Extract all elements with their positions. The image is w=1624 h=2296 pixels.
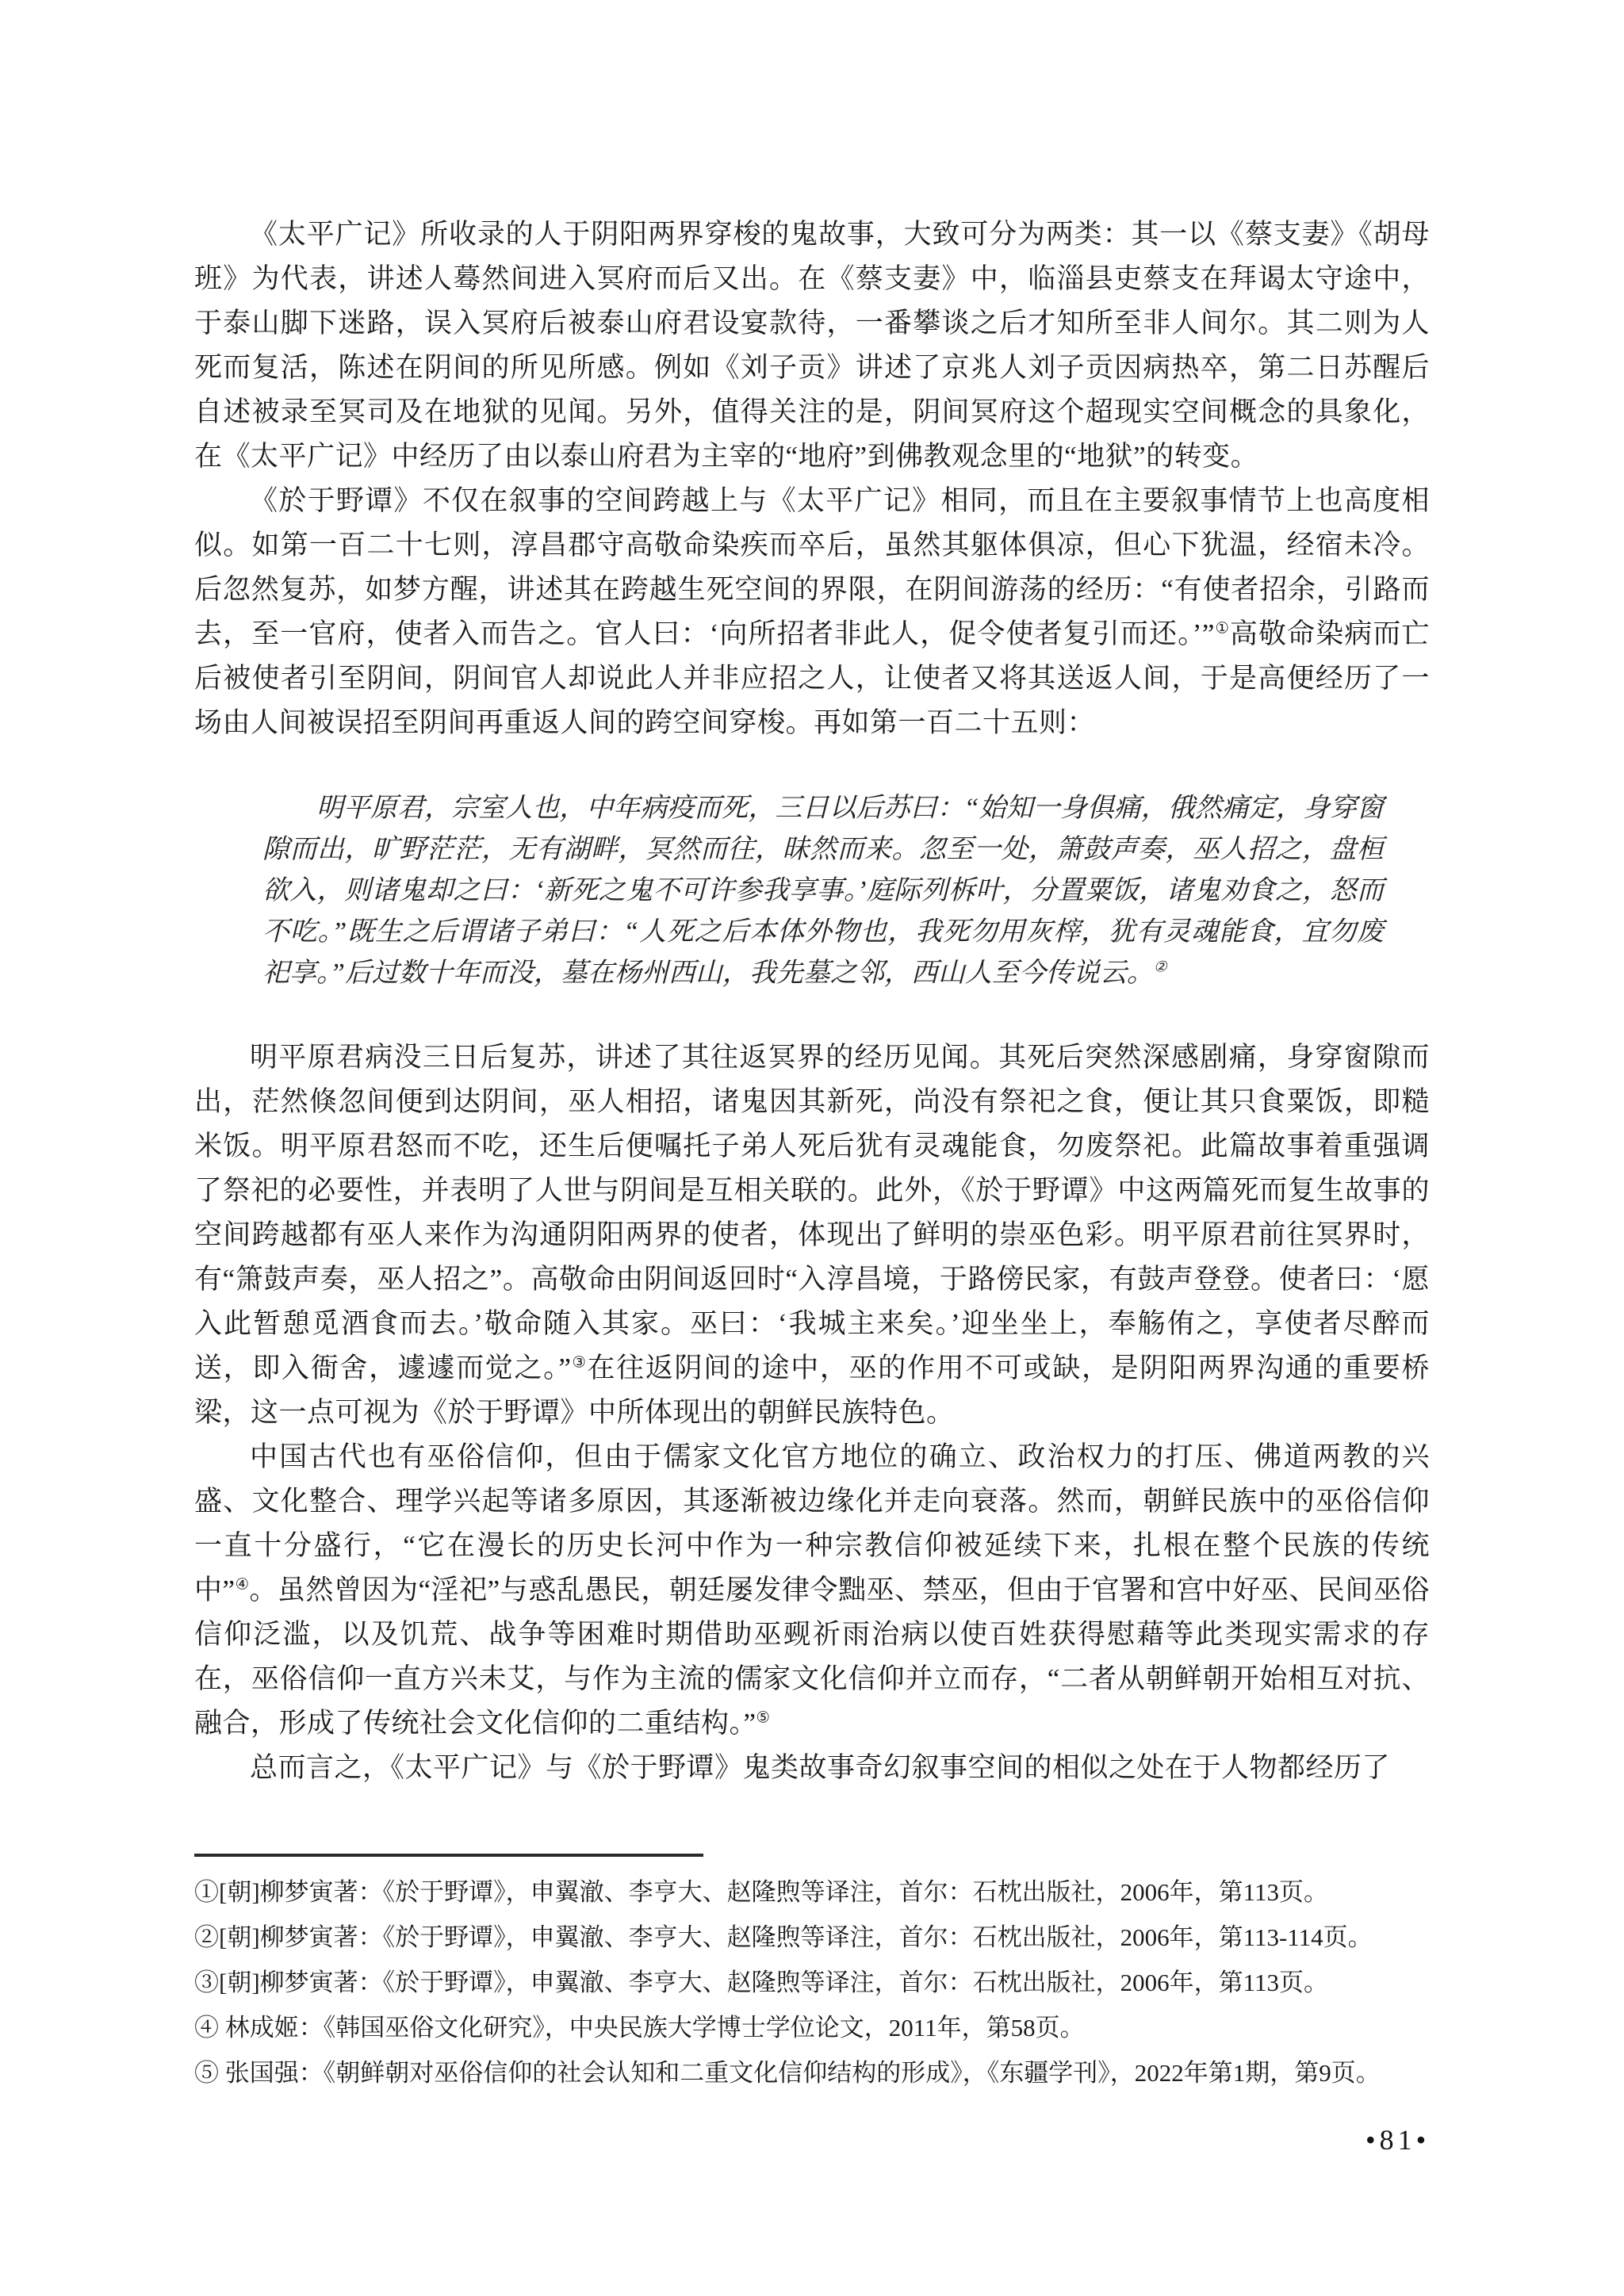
article-body: 《太平广记》所收录的人于阴阳两界穿梭的鬼故事，大致可分为两类：其一以《蔡支妻》《…: [194, 212, 1430, 1790]
footnote-2: ②[朝]柳梦寅著：《於于野谭》，申翼澈、李亨大、赵隆煦等译注，首尔：石枕出版社，…: [194, 1915, 1439, 1960]
text-run: 《太平广记》所收录的人于阴阳两界穿梭的鬼故事，大致可分为两类：其一以《蔡支妻》《…: [194, 219, 1430, 472]
footnotes-section: ①[朝]柳梦寅著：《於于野谭》，申翼澈、李亨大、赵隆煦等译注，首尔：石枕出版社，…: [194, 1854, 1439, 2095]
page-number: •81•: [1365, 2123, 1430, 2156]
footnote-marker: ①: [1215, 620, 1230, 637]
paper-page: 《太平广记》所收录的人于阴阳两界穿梭的鬼故事，大致可分为两类：其一以《蔡支妻》《…: [0, 0, 1624, 2296]
paragraph-shamanism-comparison: 中国古代也有巫俗信仰，但由于儒家文化官方地位的确立、政治权力的打压、佛道两教的兴…: [194, 1435, 1430, 1746]
text-run: 总而言之，《太平广记》与《於于野谭》鬼类故事奇幻叙事空间的相似之处在于人物都经历…: [250, 1752, 1390, 1783]
footnote-5: ⑤ 张国强：《朝鲜朝对巫俗信仰的社会认知和二重文化信仰结构的形成》，《东疆学刊》…: [194, 2050, 1439, 2095]
footnote-3: ③[朝]柳梦寅著：《於于野谭》，申翼澈、李亨大、赵隆煦等译注，首尔：石枕出版社，…: [194, 1960, 1439, 2005]
text-run: 。虽然曾因为“淫祀”与惑乱愚民，朝廷屡发律令黜巫、禁巫，但由于官署和宫中好巫、民…: [194, 1575, 1430, 1739]
paragraph-conclusion-start: 总而言之，《太平广记》与《於于野谭》鬼类故事奇幻叙事空间的相似之处在于人物都经历…: [194, 1746, 1430, 1790]
footnote-marker: ④: [236, 1576, 250, 1593]
block-quote-ming-pingyuan: 明平原君，宗室人也，中年病疫而死，三日以后苏曰：“始知一身俱痛，俄然痛定，身穿窗…: [262, 788, 1384, 994]
footnote-marker: ⑤: [756, 1709, 771, 1726]
text-run: 明平原君，宗室人也，中年病疫而死，三日以后苏曰：“始知一身俱痛，俄然痛定，身穿窗…: [262, 794, 1384, 988]
paragraph-eou-yadam-comparison: 《於于野谭》不仅在叙事的空间跨越上与《太平广记》相同，而且在主要叙事情节上也高度…: [194, 479, 1430, 745]
footnote-marker: ③: [571, 1354, 587, 1371]
footnote-separator-rule: [194, 1854, 703, 1857]
footnote-4: ④ 林成姬：《韩国巫俗文化研究》，中央民族大学博士学位论文，2011年，第58页…: [194, 2005, 1439, 2050]
footnote-1: ①[朝]柳梦寅著：《於于野谭》，申翼澈、李亨大、赵隆煦等译注，首尔：石枕出版社，…: [194, 1869, 1439, 1915]
paragraph-quote-analysis: 明平原君病没三日后复苏，讲述了其往返冥界的经历见闻。其死后突然深感剧痛，身穿窗隙…: [194, 1035, 1430, 1435]
footnote-marker: ②: [1154, 959, 1167, 976]
text-run: 明平原君病没三日后复苏，讲述了其往返冥界的经历见闻。其死后突然深感剧痛，身穿窗隙…: [194, 1042, 1430, 1383]
paragraph-ghost-story-types: 《太平广记》所收录的人于阴阳两界穿梭的鬼故事，大致可分为两类：其一以《蔡支妻》《…: [194, 212, 1430, 479]
